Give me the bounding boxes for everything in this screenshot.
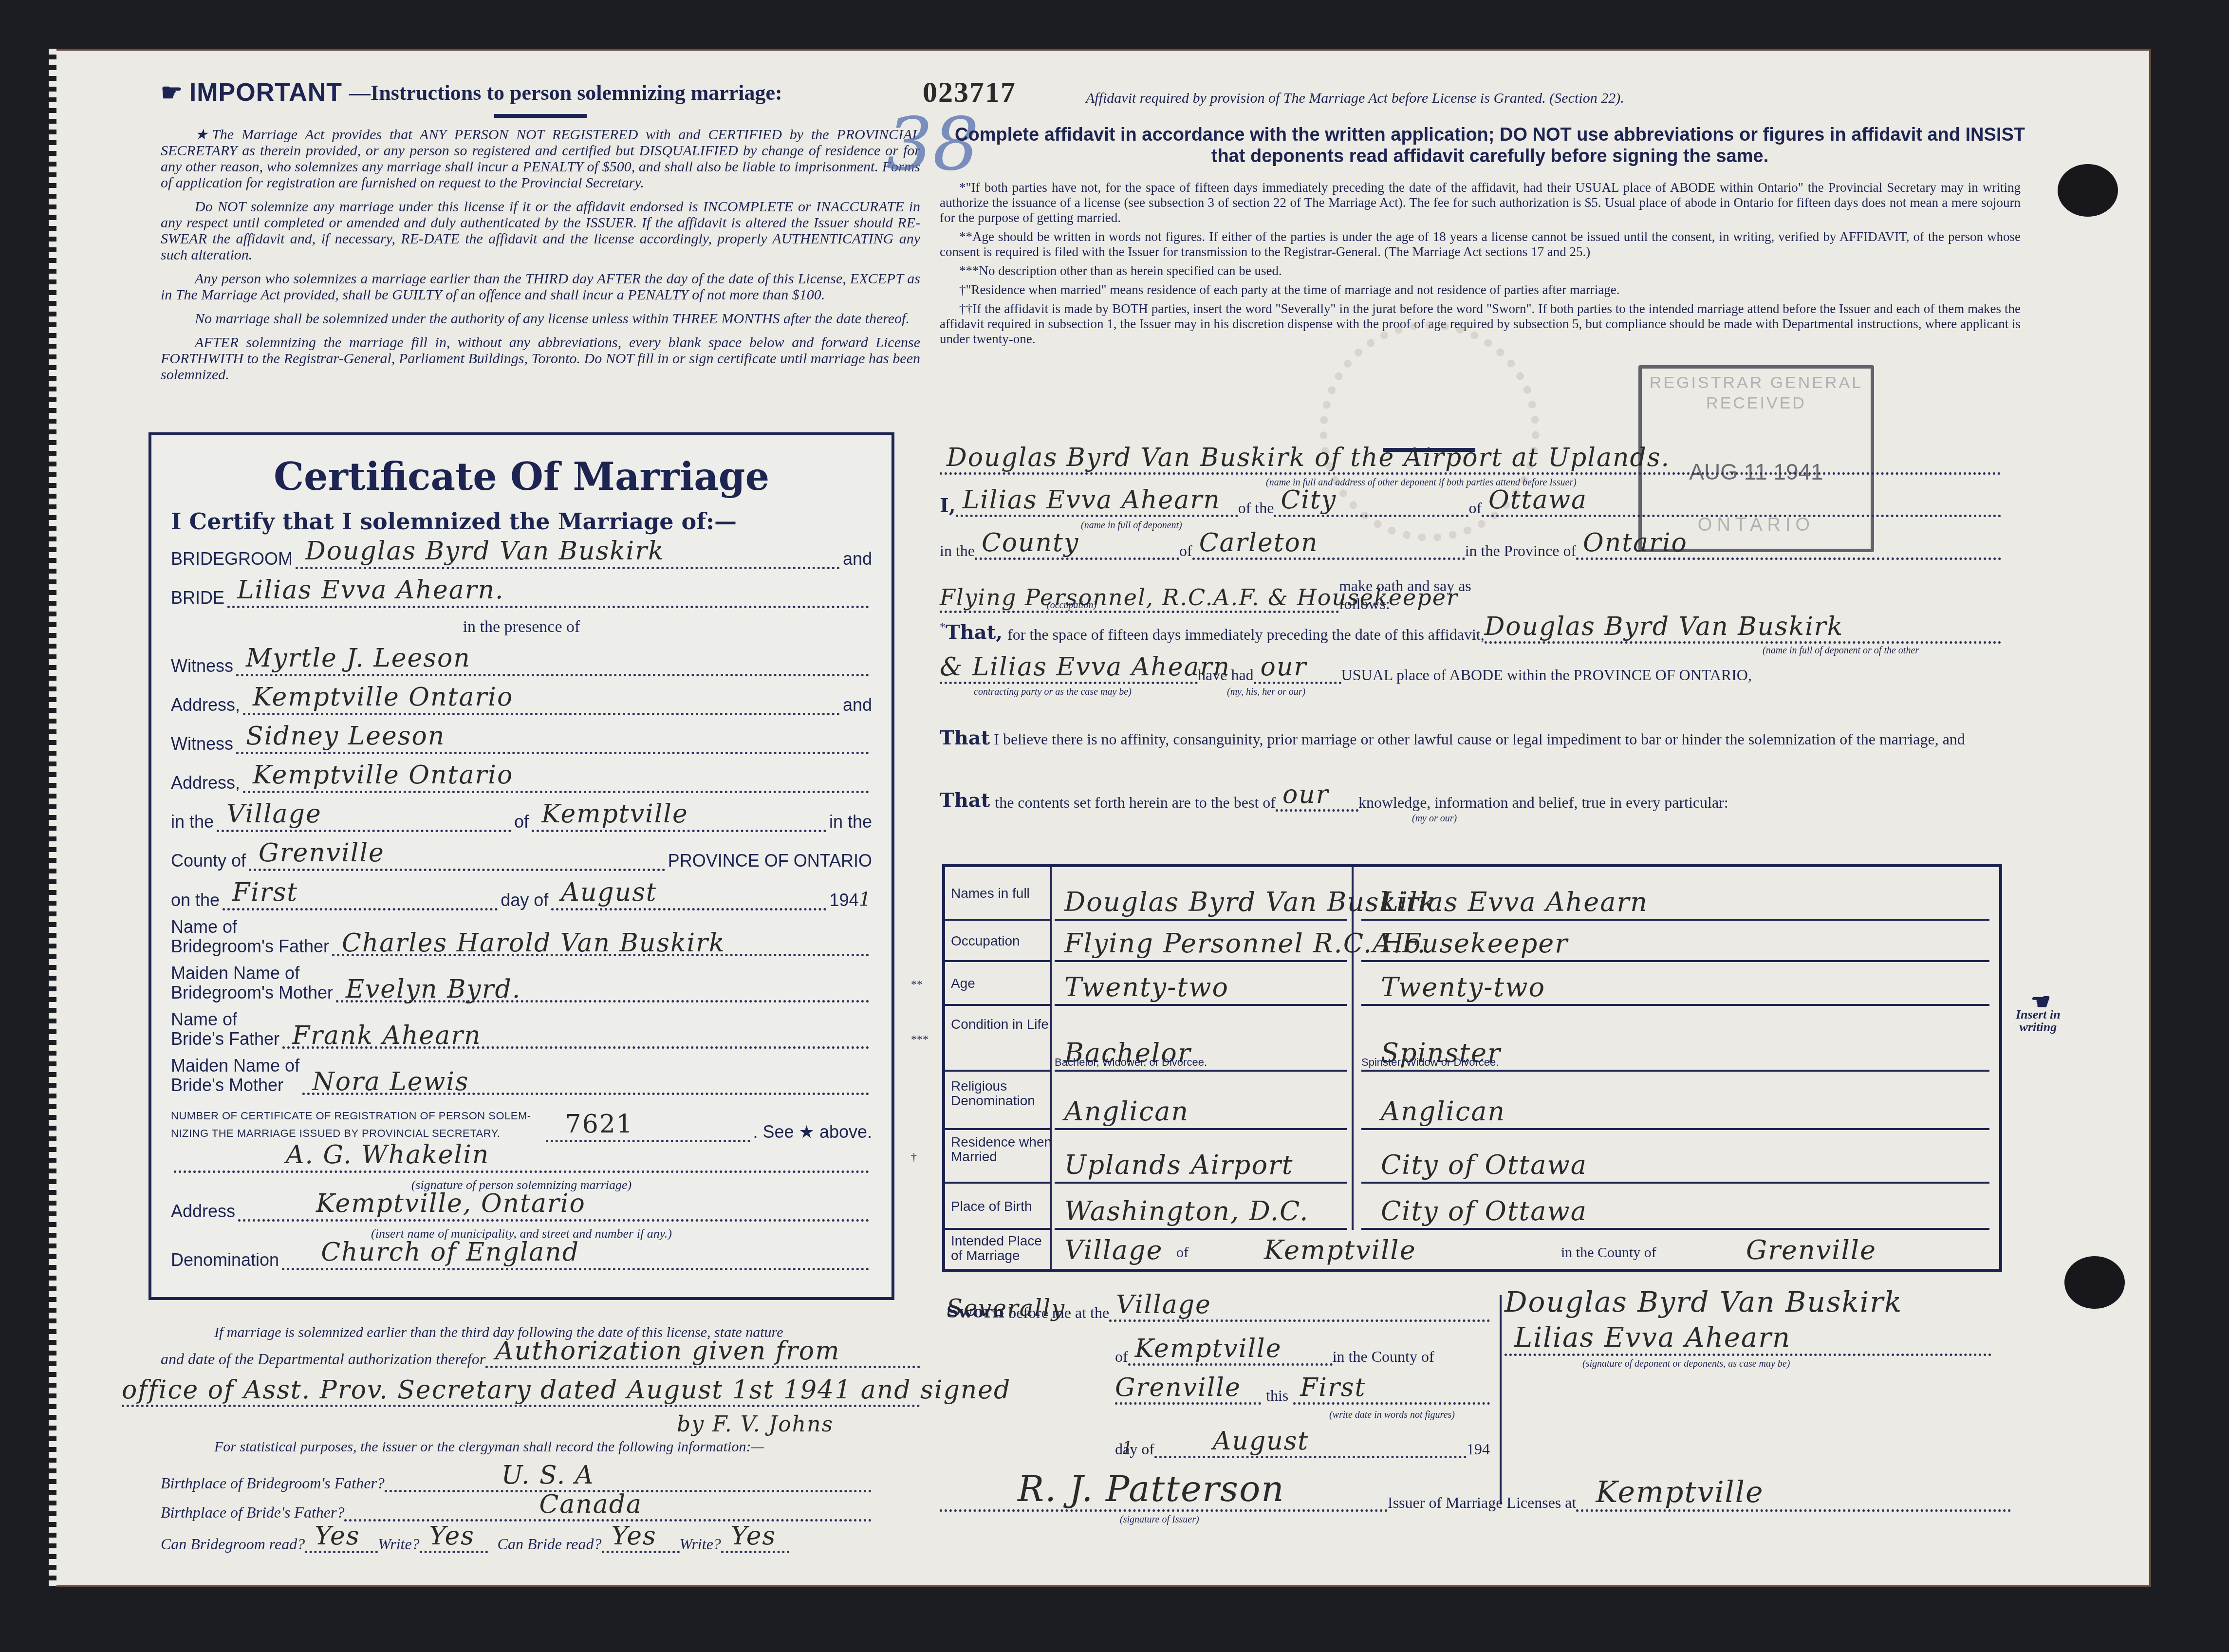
issuer-location-field[interactable]: Kemptville [1576,1490,2011,1512]
occupation-row: Flying Personnel, R.C.A.F. & Housekeeper… [940,577,1524,613]
intended-place[interactable]: Kemptville [1264,1235,1416,1265]
row-line [945,1182,1050,1184]
authorization-signed-by: by F. V. Johns [677,1412,834,1437]
jurat-place-row: of Kemptville in the County of [1115,1344,1490,1366]
groom-mother-field[interactable]: Evelyn Byrd. [336,981,869,1002]
occupation-caption: (occupation) [1047,600,1096,611]
affidavit-instruction: Complete affidavit in accordance with th… [940,124,2040,167]
table-cell-groom[interactable]: Washington, D.C. [1064,1196,1309,1226]
intended-place-type[interactable]: Village [1064,1235,1163,1265]
bride-mother-row: Maiden Name ofBride's Mother Nora Lewis [171,1056,872,1095]
row-line [945,1004,1050,1006]
table-cell-bride[interactable]: City of Ottawa [1381,1150,1587,1180]
table-hint: Spinster, Widow or Divorcee. [1361,1056,1499,1069]
deponent-row: I, Lilias Evva Ahearn of the City of Ott… [940,494,2001,517]
intended-county[interactable]: Grenville [1746,1235,1876,1265]
groom-write-field[interactable]: Yes [420,1531,488,1553]
table-cell-bride[interactable]: Housekeeper [1381,928,1568,959]
row-line [1055,919,1347,921]
table-cell-bride[interactable]: Lilias Evva Ahearn [1381,887,1648,917]
bride-father-field[interactable]: Frank Ahearn [282,1027,869,1049]
table-cell-groom[interactable]: Flying Personnel R.C.A.F. [1064,928,1427,959]
row-line [1361,1004,1989,1006]
that-abode-row-2: & Lilias Evva Ahearn have had our USUAL … [940,662,2001,684]
abode-party1-field[interactable]: Douglas Byrd Van Buskirk [1485,622,2001,644]
bride-row: BRIDE Lilias Evva Ahearn. [171,586,872,608]
deponent-field[interactable]: Lilias Evva Ahearn [956,495,1238,517]
table-row-label: Condition in Life [945,1017,1056,1032]
month-field[interactable]: August [551,889,826,910]
table-hint: Bachelor, Widower, or Divorcee. [1055,1056,1207,1069]
groom-father-birthplace-field[interactable]: U. S. A [385,1470,872,1492]
instruction-paragraph: No marriage shall be solemnized under th… [161,311,920,327]
issuer-row: R. J. Patterson Issuer of Marriage Licen… [940,1490,2011,1512]
municipality-field[interactable]: Kemptville [532,810,826,832]
witness1-field[interactable]: Myrtle J. Leeson [236,654,869,676]
row-line [945,960,1050,962]
particulars-table: Names in fullDouglas Byrd Van BuskirkLil… [942,864,2002,1272]
province-field[interactable]: Ontario [1576,538,2001,560]
bride-mother-field[interactable]: Nora Lewis [302,1073,869,1095]
note: *"If both parties have not, for the spac… [940,180,2021,225]
officiant-signature-row: A. G. Whakelin [171,1151,872,1173]
officiant-address-field[interactable]: Kemptville, Ontario [238,1200,869,1222]
row-line [1361,1070,1989,1072]
bride-read-field[interactable]: Yes [602,1531,680,1553]
table-cell-groom[interactable]: Twenty-two [1064,972,1229,1002]
witness2-field[interactable]: Sidney Leeson [236,732,869,754]
municipality-type-field[interactable]: Village [217,810,511,832]
row-line [945,1128,1050,1130]
table-row-label: Names in full [945,886,1056,901]
jurat-county-row: Grenville this First [1115,1383,1490,1405]
officiant-address-row: Address Kemptville, Ontario [171,1200,872,1222]
table-row-label: Residence when Married [945,1135,1056,1164]
of-label: of [1176,1244,1189,1261]
table-cell-bride[interactable]: Twenty-two [1381,972,1545,1002]
denomination-field[interactable]: Church of England [282,1248,869,1270]
deponent-signature-2: Lilias Evva Ahearn [1514,1322,1791,1354]
jurat-county-field[interactable]: Grenville [1115,1383,1261,1405]
issuer-caption: (signature of Issuer) [1120,1514,1199,1525]
row-line [1055,1004,1347,1006]
note: **Age should be written in words not fig… [940,229,2021,260]
that-impediment: That I believe there is no affinity, con… [940,728,2011,749]
footnote-marker: *** [911,1033,929,1046]
that-contents-row: That the contents set forth herein are t… [940,789,2011,812]
county-row: in the County of Carleton in the Provinc… [940,538,2001,560]
pointing-hand-icon: ☛ [161,78,183,107]
registration-number-row: NUMBER OF CERTIFICATE OF REGISTRATION OF… [171,1107,872,1142]
witness2-address-row: Address, Kemptville Ontario [171,771,872,793]
sworn-row: Severally Sworn before me at the Village [940,1300,1490,1322]
punch-hole-bottom [2064,1256,2125,1309]
table-row-label: Occupation [945,934,1056,948]
place-type-field[interactable]: City [1274,495,1468,517]
bride-field[interactable]: Lilias Evva Ahearn. [227,586,869,608]
table-cell-groom[interactable]: Uplands Airport [1064,1150,1293,1180]
groom-father-birthplace-row: Birthplace of Bridegroom's Father? U. S.… [161,1470,872,1492]
abode-pronoun-field[interactable]: our [1254,662,1341,684]
day-field[interactable]: First [223,889,498,910]
county-type-field[interactable]: County [975,538,1179,560]
bridegroom-row: BRIDEGROOM Douglas Byrd Van Buskirk and [171,547,872,569]
jurat-month-field[interactable]: August [1154,1436,1467,1458]
issuer-signature-field[interactable]: R. J. Patterson [940,1490,1388,1512]
severally-field[interactable]: Severally [947,1295,1065,1322]
knowledge-caption: (my or our) [1412,813,1457,824]
deponent-signature-caption: (signature of deponent or deponents, as … [1582,1358,1790,1370]
bride-father-birthplace-row: Birthplace of Bride's Father? Canada [161,1500,872,1522]
groom-father-field[interactable]: Charles Harold Van Buskirk [332,934,869,956]
pronoun-caption: (my, his, her or our) [1227,687,1305,698]
row-line [1361,960,1989,962]
row-line [1055,1128,1347,1130]
affidavit-notes: *"If both parties have not, for the spac… [940,180,2021,351]
knowledge-pronoun-field[interactable]: our [1276,790,1358,812]
that-abode-row: * That, for the space of fifteen days im… [940,621,2001,644]
occupation-field[interactable]: Flying Personnel, R.C.A.F. & Housekeeper [940,591,1339,613]
deponent-caption: (name in full of deponent) [1081,520,1182,531]
witness2-row: Witness Sidney Leeson [171,732,872,754]
row-line [1055,1070,1347,1072]
row-line [945,1070,1050,1072]
presence-label: in the presence of [151,618,892,636]
place-field[interactable]: Ottawa [1482,495,2001,517]
groom-mother-row: Maiden Name ofBridegroom's Mother Evelyn… [171,964,872,1002]
bride-father-birthplace-field[interactable]: Canada [344,1500,872,1522]
authorization-field-2[interactable]: office of Asst. Prov. Secretary dated Au… [122,1385,920,1407]
other-deponent-field[interactable]: Douglas Byrd Van Buskirk of the Airport … [940,453,2001,475]
row-line [1055,960,1347,962]
statistical-intro: For statistical purposes, the issuer or … [161,1439,920,1455]
jurat-place-type-field[interactable]: Village [1109,1300,1490,1322]
row-line [1055,1182,1347,1184]
abode-caption-2: contracting party or as the case may be) [974,687,1132,698]
footnote-marker: ** [911,978,923,991]
county-field[interactable]: Carleton [1192,538,1465,560]
footnote-marker: † [911,1151,917,1164]
certificate-title: Certificate Of Marriage [151,455,892,499]
witness1-address-field[interactable]: Kemptville Ontario [243,693,840,715]
instruction-paragraph: Do NOT solemnize any marriage under this… [161,199,920,263]
abode-party2-field[interactable]: & Lilias Evva Ahearn [940,662,1198,684]
jurat-place-field[interactable]: Kemptville [1128,1344,1333,1366]
instruction-paragraph: Any person who solemnizes a marriage ear… [161,271,920,303]
punch-hole-top [2058,164,2118,217]
county-field[interactable]: Grenville [249,849,665,871]
bridegroom-field[interactable]: Douglas Byrd Van Buskirk [296,547,840,569]
table-row-label: Place of Birth [945,1199,1056,1214]
groom-father-row: Name ofBridegroom's Father Charles Harol… [171,917,872,956]
witness2-address-field[interactable]: Kemptville Ontario [243,771,869,793]
table-cell-groom[interactable]: Anglican [1064,1096,1189,1127]
instructions-section: ☛ IMPORTANT —Instructions to person sole… [161,78,920,390]
row-line [1361,1182,1989,1184]
row-line [1055,1228,1347,1230]
authorization-field[interactable]: Authorization given from [485,1346,920,1368]
abode-caption-1: (name in full of deponent or of the othe… [1763,645,1919,656]
groom-read-field[interactable]: Yes [305,1531,378,1553]
instruction-paragraph: AFTER solemnizing the marriage fill in, … [161,334,920,383]
divider [494,114,587,118]
deponent-signature-line[interactable]: Lilias Evva Ahearn [1505,1324,1991,1356]
denomination-row: Denomination Church of England [171,1248,872,1270]
bride-write-field[interactable]: Yes [721,1531,789,1553]
witness1-row: Witness Myrtle J. Leeson [171,654,872,676]
municipality-row: in the Village of Kemptville in the [171,810,872,832]
county-row: County of Grenville PROVINCE OF ONTARIO [171,849,872,871]
note: ***No description other than as herein s… [940,263,2021,278]
jurat-day-caption: (write date in words not figures) [1329,1410,1455,1421]
affidavit-header: Affidavit required by provision of The M… [1086,90,1624,107]
table-divider [1352,867,1354,1230]
row-line [1361,1128,1989,1130]
row-line [945,919,1050,921]
license-document: ☛ IMPORTANT —Instructions to person sole… [49,49,2151,1587]
bride-father-row: Name ofBride's Father Frank Ahearn [171,1010,872,1049]
table-cell-bride[interactable]: City of Ottawa [1381,1196,1587,1226]
registration-number-field[interactable]: 7621 [546,1120,750,1142]
row-line [1361,919,1989,921]
table-row-label: Age [945,976,1056,991]
other-deponent-row: Douglas Byrd Van Buskirk of the Airport … [940,453,2001,475]
note: †"Residence when married" means residenc… [940,282,2021,297]
year-digit[interactable]: 1 [859,888,872,910]
jurat-month-row: day of August 194 1 [1115,1436,1490,1458]
row-line [1361,1228,1989,1230]
insert-in-writing-note: ☚ Insert in writing [2016,996,2061,1034]
row-line [945,1228,1050,1230]
authorization-row-2: office of Asst. Prov. Secretary dated Au… [122,1385,920,1407]
certificate-subtitle: I Certify that I solemnized the Marriage… [171,508,737,535]
instructions-title: ☛ IMPORTANT —Instructions to person sole… [161,78,920,107]
witness1-address-row: Address, Kemptville Ontario and [171,693,872,715]
instruction-paragraph: ★The Marriage Act provides that ANY PERS… [161,127,920,191]
table-row-label: Religious Denomination [945,1079,1056,1108]
officiant-signature-field[interactable]: A. G. Whakelin [174,1151,869,1173]
table-cell-bride[interactable]: Anglican [1381,1096,1505,1127]
table-row-label: Intended Place of Marriage [945,1234,1056,1263]
authorization-row: and date of the Departmental authorizati… [161,1346,920,1368]
pointing-hand-icon: ☚ [2016,996,2061,1008]
in-county-label: in the County of [1561,1244,1656,1261]
certificate-of-marriage: Certificate Of Marriage I Certify that I… [149,432,894,1300]
date-row: on the First day of August 194 1 [171,888,872,910]
deponent-signature-1[interactable]: Douglas Byrd Van Buskirk [1505,1285,1902,1318]
jurat-day-field[interactable]: First [1293,1383,1490,1405]
literacy-row: Can Bridegroom read? Yes Write? Yes Can … [161,1531,930,1553]
